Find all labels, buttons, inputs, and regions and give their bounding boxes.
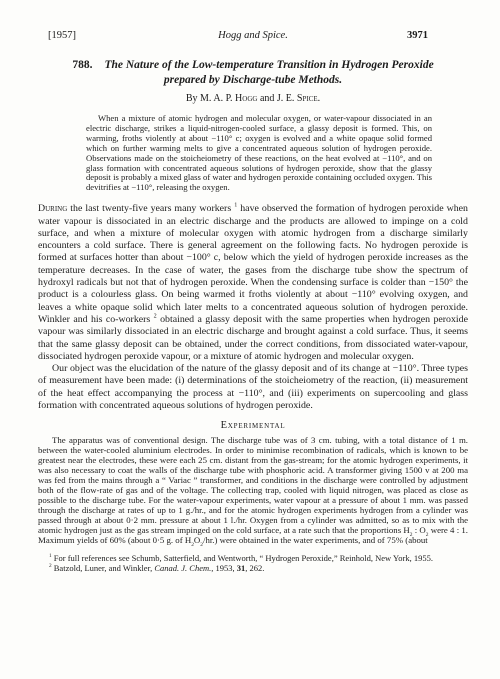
experimental-text-run-2: : O [412, 525, 425, 535]
article-heading: 788.The Nature of the Low-temperature Tr… [38, 58, 468, 87]
byline-conjunction: and [257, 93, 276, 104]
experimental-text-run-1: The apparatus was of conventional design… [38, 435, 468, 535]
running-title: Hogg and Spice. [218, 30, 288, 42]
byline: By M. A. P. Hogg and J. E. Spice. [38, 92, 468, 105]
footnote-2-journal: Canad. J. Chem. [154, 563, 211, 573]
footnote-2-text-pre: Batzold, Luner, and Winkler, [52, 563, 155, 573]
footnote-2-text-mid: , 1953, [211, 563, 237, 573]
byline-prefix: By [186, 93, 200, 104]
paragraph-experimental: The apparatus was of conventional design… [38, 435, 468, 545]
footnote-1-text: For full references see Schumb, Satterfi… [52, 553, 433, 563]
section-heading-text: Experimental [221, 420, 286, 431]
scanned-paper-page: [1957] Hogg and Spice. 3971 788.The Natu… [0, 0, 500, 679]
lead-word: During [38, 203, 67, 214]
paragraph-objective: Our object was the elucidation of the na… [38, 363, 468, 412]
footnote-2-text-post: , 262. [245, 563, 264, 573]
article-number: 788. [72, 59, 92, 71]
intro-text-run-2: have observed the formation of hydrogen … [38, 203, 468, 325]
page-number: 3971 [288, 30, 468, 42]
abstract-text: When a mixture of atomic hydrogen and mo… [86, 114, 432, 193]
author-2: J. E. Spice. [277, 93, 320, 104]
footnote-2-volume: 31 [237, 563, 246, 573]
intro-text-run-1: the last twenty-five years many workers [67, 203, 234, 214]
footnote-2: 2 Batzold, Luner, and Winkler, Canad. J.… [38, 564, 468, 574]
section-heading-experimental: Experimental [38, 419, 468, 432]
page-header: [1957] Hogg and Spice. 3971 [38, 30, 468, 42]
author-1: M. A. P. Hogg [200, 93, 257, 104]
experimental-text-run-5: /hr.) were obtained in the water experim… [203, 535, 428, 545]
abstract-block: When a mixture of atomic hydrogen and mo… [86, 114, 432, 193]
footnotes-block: 1 For full references see Schumb, Satter… [38, 554, 468, 574]
paragraph-introduction: During the last twenty-five years many w… [38, 203, 468, 363]
article-title: The Nature of the Low-temperature Transi… [104, 59, 433, 86]
journal-year: [1957] [38, 30, 218, 42]
